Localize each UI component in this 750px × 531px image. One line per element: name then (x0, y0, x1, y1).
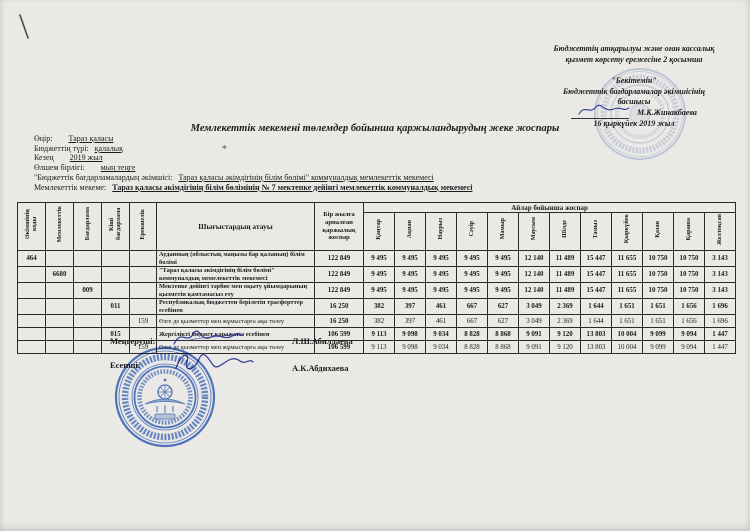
month-value-cell: 12 140 (519, 267, 550, 283)
month-value-cell: 1 651 (612, 299, 643, 315)
code-cell (74, 251, 102, 267)
code-cell: 464 (18, 251, 46, 267)
month-value-cell: 9 094 (674, 328, 705, 341)
admin-label: "Бюджеттік бағдарламалардың әкімшісі: (34, 173, 172, 182)
document-meta: Өңір:Тараз қаласы Бюджеттің түрі:қалалық… (34, 134, 472, 192)
agency-label: Мемлекеттік мекеме: (34, 183, 106, 192)
month-header: Қаңтар (364, 213, 395, 251)
month-value-cell: 13 803 (581, 328, 612, 341)
code-cell (46, 299, 74, 315)
budget-type-value: қалалық (95, 144, 123, 153)
month-header: Ақпан (395, 213, 426, 251)
code-cell (130, 251, 157, 267)
code-cell (102, 283, 130, 299)
month-value-cell: 9 495 (488, 251, 519, 267)
month-value-cell: 3 143 (705, 267, 736, 283)
annual-plan-cell: 122 849 (315, 283, 364, 299)
month-value-cell: 627 (488, 299, 519, 315)
month-value-cell: 1 651 (643, 299, 674, 315)
code-cell (74, 267, 102, 283)
column-header-annual-plan: Бір жылға арналған қаржылық жоспар (315, 203, 364, 251)
month-value-cell: 9 091 (519, 341, 550, 354)
month-value-cell: 12 140 (519, 251, 550, 267)
month-value-cell: 9 495 (426, 251, 457, 267)
month-value-cell: 15 447 (581, 251, 612, 267)
month-value-cell: 9 094 (674, 341, 705, 354)
region-value: Тараз қаласы (69, 134, 114, 143)
code-cell (46, 251, 74, 267)
month-value-cell: 3 049 (519, 299, 550, 315)
code-cell (74, 315, 102, 328)
month-value-cell: 9 099 (643, 341, 674, 354)
month-header: Мамыр (488, 213, 519, 251)
month-value-cell: 9 495 (457, 283, 488, 299)
annual-plan-cell: 16 250 (315, 299, 364, 315)
code-cell (130, 299, 157, 315)
admin-value: Тараз қаласы әкімдігінің білім бөлімі" к… (178, 173, 433, 182)
month-value-cell: 11 489 (550, 267, 581, 283)
appendix-line: Бюджеттің атқарылуы және оған кассалық (518, 44, 750, 55)
month-value-cell: 382 (364, 299, 395, 315)
column-header: Әкімшінің коды (18, 203, 46, 251)
month-value-cell: 9 495 (488, 267, 519, 283)
annual-plan-cell: 122 849 (315, 267, 364, 283)
code-cell (18, 299, 46, 315)
period-label: Кезең (34, 153, 54, 162)
month-value-cell: 9 113 (364, 328, 395, 341)
code-cell (46, 315, 74, 328)
column-header-expense-name: Шығыстардың атауы (157, 203, 315, 251)
appendix-line: қызмет көрсету ережесіне 2 қосымша (518, 55, 750, 66)
month-value-cell: 1 696 (705, 299, 736, 315)
finance-table: Әкімшінің кодыМемлекеттікБағдарламаКіші … (17, 202, 736, 354)
month-value-cell: 10 004 (612, 341, 643, 354)
month-value-cell: 9 034 (426, 328, 457, 341)
month-value-cell: 9 495 (488, 283, 519, 299)
page-title: Мемлекеттік мекемені төлемдер бойынша қа… (0, 123, 750, 134)
month-header: Маусым (519, 213, 550, 251)
code-cell (46, 341, 74, 354)
table-row: 6680"Тараз қаласы әкімдігінің білім бөлі… (18, 267, 736, 283)
month-value-cell: 1 656 (674, 315, 705, 328)
month-value-cell: 397 (395, 315, 426, 328)
code-cell (102, 267, 130, 283)
month-value-cell: 1 656 (674, 299, 705, 315)
month-value-cell: 9 113 (364, 341, 395, 354)
month-value-cell: 9 495 (364, 251, 395, 267)
column-header: Бағдарлама (74, 203, 102, 251)
expense-name-cell: Республикалық бюджеттен берілетін трасфе… (157, 299, 315, 315)
code-cell: 011 (102, 299, 130, 315)
month-value-cell: 1 644 (581, 315, 612, 328)
month-value-cell: 9 495 (457, 251, 488, 267)
column-header: Кіші бағдарлама (102, 203, 130, 251)
month-value-cell: 627 (488, 315, 519, 328)
expense-name-cell: Ауданның (облыстық маңызы бар қаланың) б… (157, 251, 315, 267)
code-cell (130, 267, 157, 283)
code-cell (74, 341, 102, 354)
agency-value: Тараз қаласы әкімдігінің білім бөлімінің… (112, 183, 472, 192)
month-value-cell: 9 034 (426, 341, 457, 354)
expense-name-cell: Мектепке дейінгі тәрбие мен оқыту ұйымда… (157, 283, 315, 299)
month-value-cell: 9 495 (426, 283, 457, 299)
month-value-cell: 9 091 (519, 328, 550, 341)
month-value-cell: 11 489 (550, 283, 581, 299)
expense-name-cell: "Тараз қаласы әкімдігінің білім бөлімі" … (157, 267, 315, 283)
month-value-cell: 3 143 (705, 251, 736, 267)
month-value-cell: 1 651 (612, 315, 643, 328)
annual-plan-cell: 122 849 (315, 251, 364, 267)
month-value-cell: 2 369 (550, 299, 581, 315)
month-value-cell: 1 447 (705, 341, 736, 354)
month-value-cell: 1 447 (705, 328, 736, 341)
month-value-cell: 667 (457, 299, 488, 315)
month-value-cell: 397 (395, 299, 426, 315)
month-header: Қыркүйек (612, 213, 643, 251)
unit-value: мың теңге (101, 163, 136, 172)
month-value-cell: 9 495 (364, 267, 395, 283)
code-cell (18, 283, 46, 299)
column-header: Ерекшелік (130, 203, 157, 251)
month-value-cell: 3 049 (519, 315, 550, 328)
month-value-cell: 9 099 (643, 328, 674, 341)
month-value-cell: 9 495 (395, 267, 426, 283)
month-value-cell: 9 120 (550, 328, 581, 341)
code-cell (18, 267, 46, 283)
budget-type-label: Бюджеттің түрі: (34, 144, 89, 153)
official-stamp (112, 344, 218, 450)
month-value-cell: 8 828 (457, 341, 488, 354)
month-value-cell: 9 495 (457, 267, 488, 283)
code-cell (74, 328, 102, 341)
accountant-name: А.К.Абдихаева (292, 363, 349, 373)
month-header: Шілде (550, 213, 581, 251)
month-value-cell: 3 143 (705, 283, 736, 299)
code-cell (130, 283, 157, 299)
month-value-cell: 667 (457, 315, 488, 328)
month-value-cell: 8 868 (488, 328, 519, 341)
month-value-cell: 12 140 (519, 283, 550, 299)
code-cell: 009 (74, 283, 102, 299)
month-value-cell: 10 004 (612, 328, 643, 341)
month-header: Қараша (674, 213, 705, 251)
annual-plan-cell: 16 250 (315, 315, 364, 328)
table-row: 009Мектепке дейінгі тәрбие мен оқыту ұйы… (18, 283, 736, 299)
month-value-cell: 10 750 (643, 251, 674, 267)
month-header: Наурыз (426, 213, 457, 251)
approver-role: басшысы (518, 97, 750, 108)
code-cell (102, 251, 130, 267)
code-cell: 159 (130, 315, 157, 328)
month-value-cell: 11 489 (550, 251, 581, 267)
code-cell (74, 299, 102, 315)
month-value-cell: 10 750 (643, 283, 674, 299)
approval-block: Бюджеттің атқарылуы және оған кассалық қ… (518, 44, 750, 129)
month-value-cell: 10 750 (643, 267, 674, 283)
months-group-header: Айлар бойынша жоспар (364, 203, 736, 213)
month-header: Қазан (643, 213, 674, 251)
month-value-cell: 10 750 (674, 267, 705, 283)
code-cell: 6680 (46, 267, 74, 283)
manager-name: Л.Ш.Абилдаева (292, 336, 353, 346)
month-value-cell: 15 447 (581, 283, 612, 299)
period-value: 2019 жыл (70, 153, 103, 162)
table-row: 464Ауданның (облыстық маңызы бар қаланың… (18, 251, 736, 267)
month-value-cell: 9 495 (364, 283, 395, 299)
signature-ink (576, 102, 632, 118)
code-cell (18, 315, 46, 328)
table-row: 159Өзге де қызметтер мен жұмыстарға ақы … (18, 315, 736, 328)
code-cell (18, 328, 46, 341)
month-value-cell: 1 644 (581, 299, 612, 315)
column-header: Мемлекеттік (46, 203, 74, 251)
region-label: Өңір: (34, 134, 53, 143)
month-value-cell: 9 495 (426, 267, 457, 283)
month-value-cell: 1 651 (643, 315, 674, 328)
month-value-cell: 13 803 (581, 341, 612, 354)
month-value-cell: 9 098 (395, 328, 426, 341)
month-header: Сәуір (457, 213, 488, 251)
approver-name: М.К.Жинакбаева (637, 108, 697, 119)
code-cell (46, 283, 74, 299)
pen-mark (16, 12, 36, 42)
month-value-cell: 11 655 (612, 251, 643, 267)
month-value-cell: 382 (364, 315, 395, 328)
code-cell (18, 341, 46, 354)
month-value-cell: 10 750 (674, 251, 705, 267)
month-value-cell: 2 369 (550, 315, 581, 328)
approver-role: Бюджеттік бағдарламалар әкімшісінің (518, 87, 750, 98)
table-row: 011Республикалық бюджеттен берілетін тра… (18, 299, 736, 315)
month-value-cell: 9 495 (395, 283, 426, 299)
month-value-cell: 9 098 (395, 341, 426, 354)
unit-label: Өлшем бірлігі: (34, 163, 85, 172)
month-value-cell: 11 655 (612, 283, 643, 299)
month-value-cell: 10 750 (674, 283, 705, 299)
code-cell (102, 315, 130, 328)
month-value-cell: 461 (426, 299, 457, 315)
month-value-cell: 11 655 (612, 267, 643, 283)
approve-label: "Бекітемін" (518, 76, 750, 87)
month-value-cell: 8 828 (457, 328, 488, 341)
code-cell (46, 328, 74, 341)
scanned-document: Бюджеттің атқарылуы және оған кассалық қ… (0, 0, 750, 531)
month-value-cell: 8 868 (488, 341, 519, 354)
month-value-cell: 1 696 (705, 315, 736, 328)
month-value-cell: 9 495 (395, 251, 426, 267)
month-header: Желтоқсан (705, 213, 736, 251)
month-value-cell: 461 (426, 315, 457, 328)
month-value-cell: 9 120 (550, 341, 581, 354)
month-value-cell: 15 447 (581, 267, 612, 283)
month-header: Тамыз (581, 213, 612, 251)
